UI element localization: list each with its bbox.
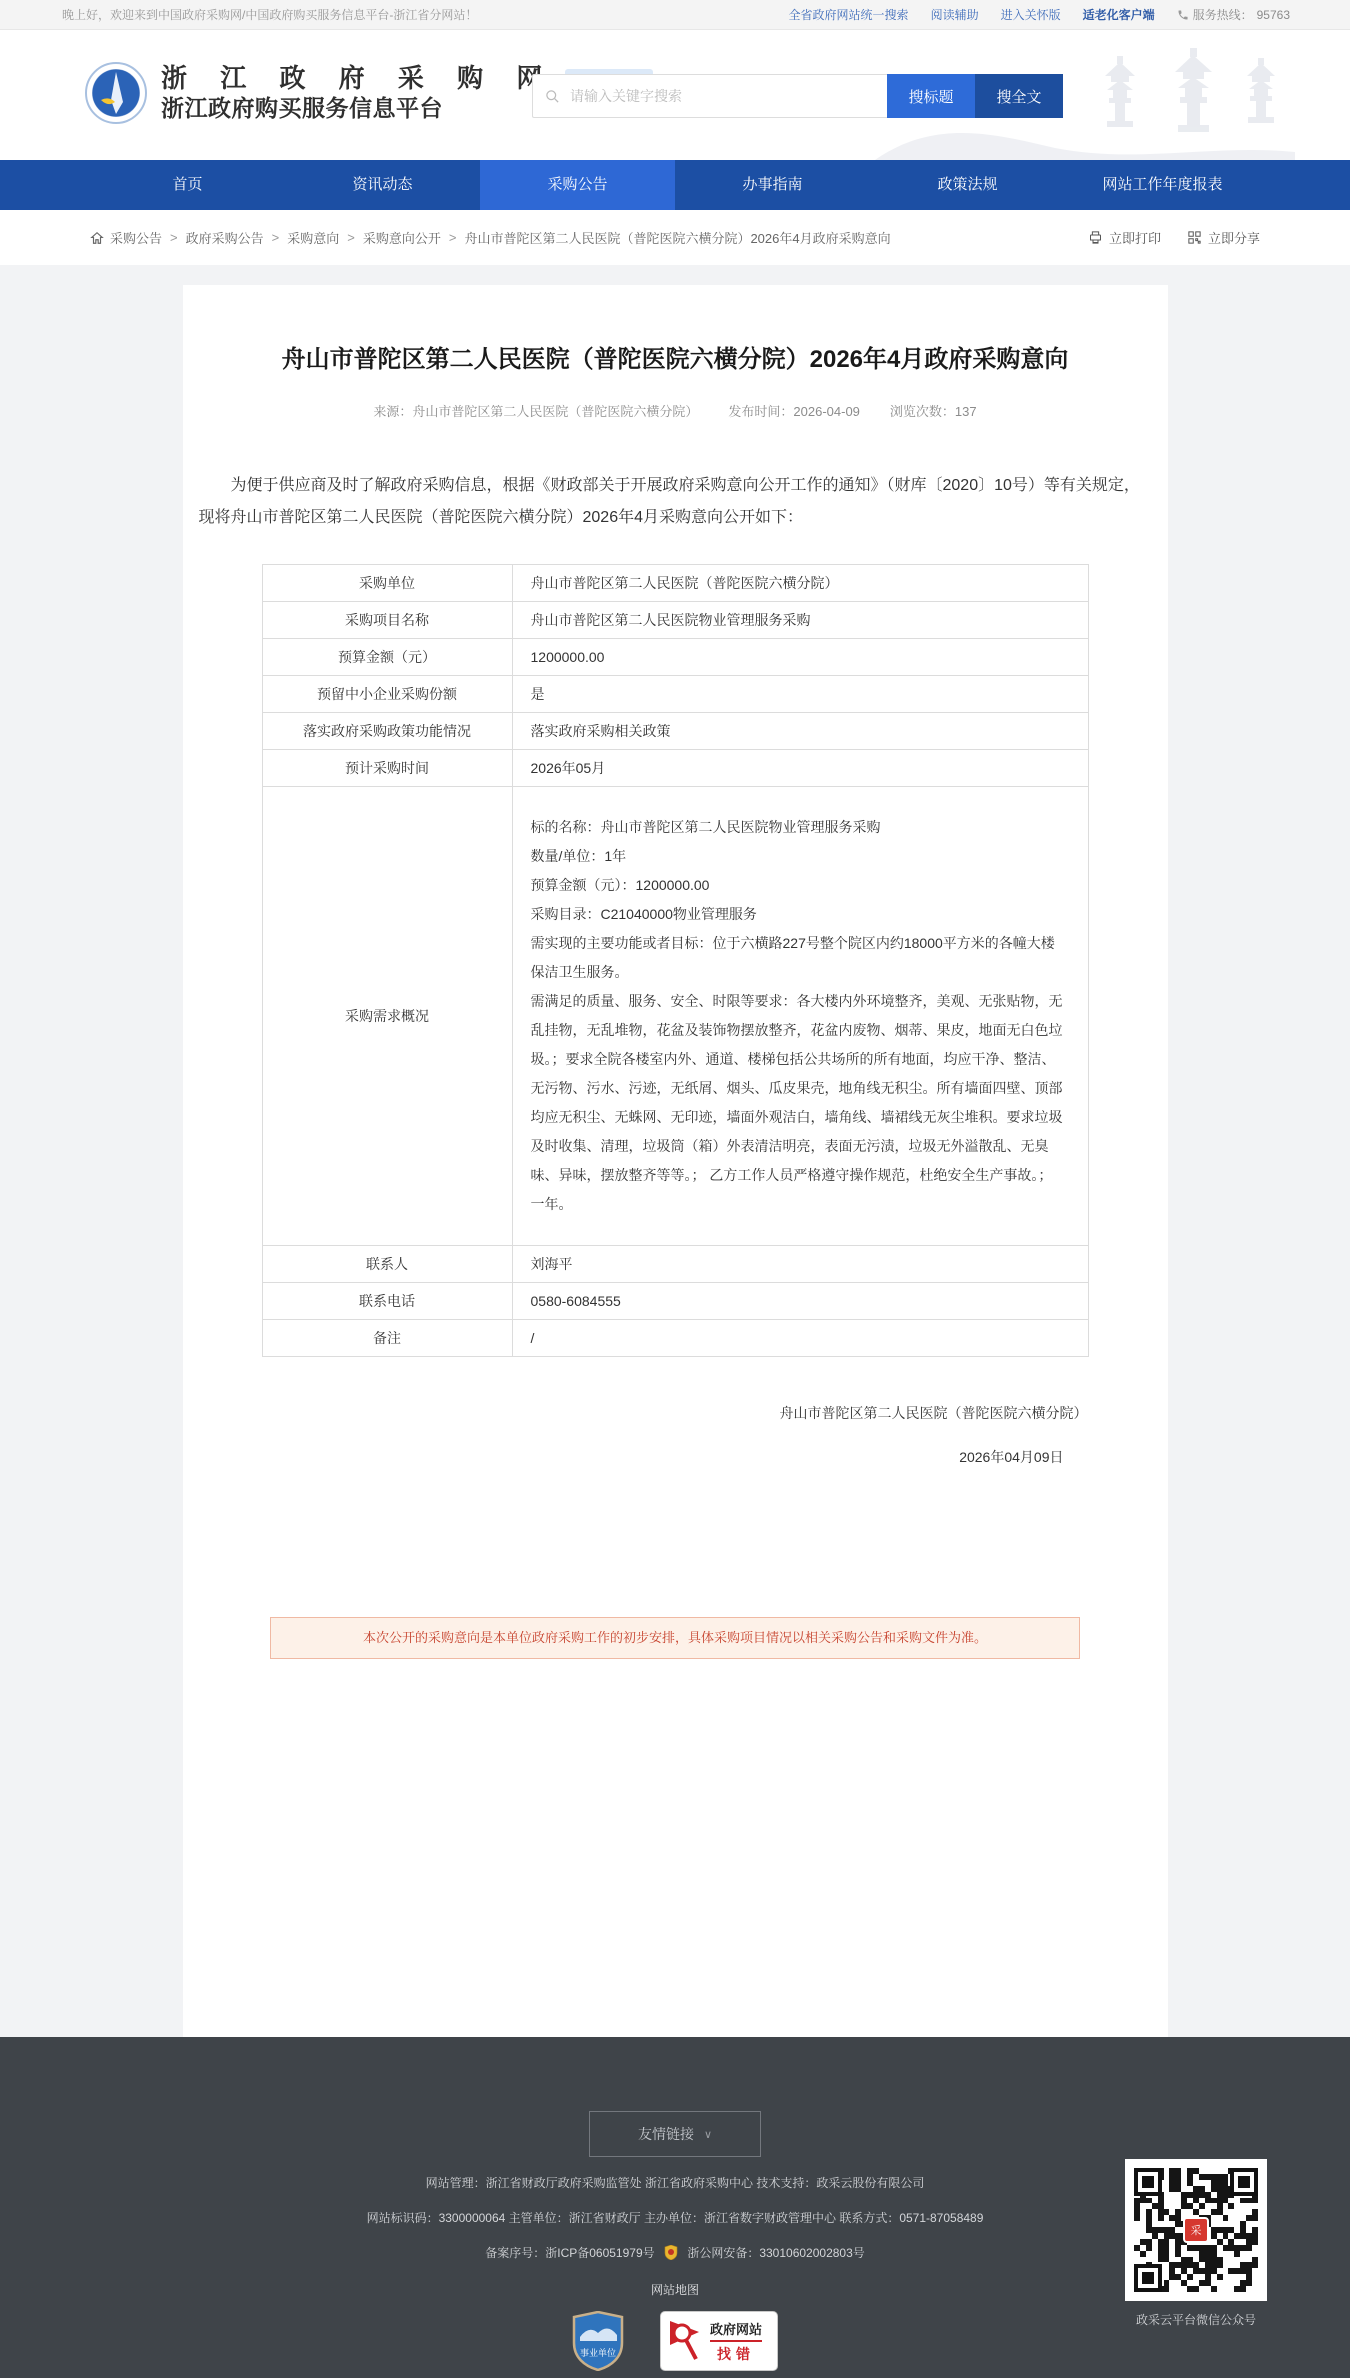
table-row: 落实政府采购政策功能情况落实政府采购相关政策	[262, 713, 1088, 750]
announcement-card: 舟山市普陀区第二人民医院（普陀医院六横分院）2026年4月政府采购意向 来源：舟…	[183, 285, 1168, 2037]
page-title: 舟山市普陀区第二人民医院（普陀医院六横分院）2026年4月政府采购意向	[183, 343, 1168, 377]
phone-icon	[1177, 9, 1189, 21]
public-institution-shield-badge[interactable]: 事业单位	[572, 2311, 624, 2371]
site-logo-icon	[85, 62, 147, 124]
print-button[interactable]: 立即打印	[1088, 228, 1161, 247]
svg-text:事业单位: 事业单位	[580, 2347, 616, 2358]
site-subtitle: 浙江政府购买服务信息平台	[161, 93, 555, 123]
table-row: 联系人刘海平	[262, 1246, 1088, 1283]
link-care-version[interactable]: 进入关怀版	[1001, 6, 1061, 23]
welcome-greeting: 晚上好，欢迎来到中国政府采购网/中国政府购买服务信息平台-浙江省分网站！	[62, 6, 477, 23]
table-row: 采购项目名称舟山市普陀区第二人民医院物业管理服务采购	[262, 602, 1088, 639]
table-row: 采购单位舟山市普陀区第二人民医院（普陀医院六横分院）	[262, 565, 1088, 602]
qr-code: 采	[1125, 2159, 1267, 2301]
home-icon	[90, 231, 104, 245]
search-input[interactable]	[568, 87, 868, 105]
article-meta: 来源：舟山市普陀区第二人民医院（普陀医院六横分院） 发布时间：2026-04-0…	[183, 401, 1168, 420]
link-reading-assist[interactable]: 阅读辅助	[931, 6, 979, 23]
intro-paragraph: 为便于供应商及时了解政府采购信息，根据《财政部关于开展政府采购意向公开工作的通知…	[183, 470, 1168, 534]
nav-item-news[interactable]: 资讯动态	[285, 160, 480, 210]
breadcrumb-item[interactable]: 政府采购公告	[186, 228, 264, 247]
friend-links-dropdown[interactable]: 友情链接 ∨	[589, 2111, 761, 2157]
link-unified-search[interactable]: 全省政府网站统一搜索	[789, 6, 909, 23]
breadcrumb-item[interactable]: 采购意向公开	[363, 228, 441, 247]
main-area: 舟山市普陀区第二人民医院（普陀医院六横分院）2026年4月政府采购意向 来源：舟…	[0, 265, 1350, 2037]
site-header: 浙 江 政 府 采 购 网 浙江政府购买服务信息平台 浙江省财政厅 搜标题 搜全…	[0, 30, 1350, 160]
search-fulltext-button[interactable]: 搜全文	[975, 74, 1063, 118]
link-elderly-client[interactable]: 适老化客户端	[1083, 6, 1155, 23]
search-icon	[545, 89, 560, 104]
sitemap-link[interactable]: 网站地图	[651, 2283, 699, 2297]
chevron-down-icon: ∨	[704, 2128, 712, 2141]
disclaimer-notice: 本次公开的采购意向是本单位政府采购工作的初步安排，具体采购项目情况以相关采购公告…	[270, 1617, 1080, 1659]
top-utility-bar: 晚上好，欢迎来到中国政府采购网/中国政府购买服务信息平台-浙江省分网站！ 全省政…	[0, 0, 1350, 30]
table-row: 预算金额（元）1200000.00	[262, 639, 1088, 676]
police-emblem-icon	[664, 2245, 678, 2265]
nav-item-annual-report[interactable]: 网站工作年度报表	[1065, 160, 1260, 210]
share-button[interactable]: 立即分享	[1187, 228, 1260, 247]
search-title-button[interactable]: 搜标题	[887, 74, 975, 118]
qr-finder-icon	[1230, 2168, 1258, 2196]
meta-source: 来源：舟山市普陀区第二人民医院（普陀医院六横分院）	[373, 401, 698, 420]
meta-views: 浏览次数：137	[890, 401, 977, 420]
nav-item-service-guide[interactable]: 办事指南	[675, 160, 870, 210]
nav-item-procurement-announcements[interactable]: 采购公告	[480, 160, 675, 210]
breadcrumb-bar: 采购公告> 政府采购公告> 采购意向> 采购意向公开> 舟山市普陀区第二人民医院…	[0, 210, 1350, 265]
qr-caption: 政采云平台微信公众号	[1125, 2311, 1267, 2328]
qr-center-logo: 采	[1183, 2217, 1209, 2243]
breadcrumb-item[interactable]: 采购意向	[287, 228, 339, 247]
site-search: 搜标题 搜全文	[532, 74, 1063, 118]
procurement-info-table: 采购单位舟山市普陀区第二人民医院（普陀医院六横分院） 采购项目名称舟山市普陀区第…	[262, 564, 1089, 1357]
service-hotline: 服务热线：95763	[1177, 6, 1290, 23]
table-row: 预留中小企业采购份额是	[262, 676, 1088, 713]
site-name: 浙 江 政 府 采 购 网	[161, 63, 555, 93]
find-error-magnifier-icon	[669, 2319, 703, 2363]
nav-item-policies[interactable]: 政策法规	[870, 160, 1065, 210]
signature-organization: 舟山市普陀区第二人民医院（普陀医院六横分院）	[183, 1403, 1168, 1423]
breadcrumb-current: 舟山市普陀区第二人民医院（普陀医院六横分院）2026年4月政府采购意向	[464, 228, 890, 247]
breadcrumb: 采购公告> 政府采购公告> 采购意向> 采购意向公开> 舟山市普陀区第二人民医院…	[90, 228, 891, 247]
table-row: 备注/	[262, 1320, 1088, 1357]
table-row: 预计采购时间2026年05月	[262, 750, 1088, 787]
qr-finder-icon	[1134, 2264, 1162, 2292]
qr-finder-icon	[1134, 2168, 1162, 2196]
printer-icon	[1088, 230, 1103, 245]
breadcrumb-item[interactable]: 采购公告	[110, 228, 162, 247]
wechat-qr-block: 采 政采云平台微信公众号	[1125, 2159, 1267, 2328]
primary-nav: 首页 资讯动态 采购公告 办事指南 政策法规 网站工作年度报表	[0, 160, 1350, 210]
signature-date: 2026年04月09日	[183, 1447, 1168, 1467]
meta-publish-time: 发布时间：2026-04-09	[728, 401, 860, 420]
gov-site-find-error-badge[interactable]: 政府网站 找错	[660, 2311, 778, 2371]
search-box	[532, 74, 887, 118]
demand-overview-text: 标的名称：舟山市普陀区第二人民医院物业管理服务采购 数量/单位：1年 预算金额（…	[512, 787, 1088, 1246]
share-qr-icon	[1187, 230, 1202, 245]
nav-item-home[interactable]: 首页	[90, 160, 285, 210]
table-row: 联系电话0580-6084555	[262, 1283, 1088, 1320]
table-row-demand: 采购需求概况标的名称：舟山市普陀区第二人民医院物业管理服务采购 数量/单位：1年…	[262, 787, 1088, 1246]
site-footer: 友情链接 ∨ 网站管理：浙江省财政厅政府采购监管处 浙江省政府采购中心 技术支持…	[0, 2037, 1350, 2378]
